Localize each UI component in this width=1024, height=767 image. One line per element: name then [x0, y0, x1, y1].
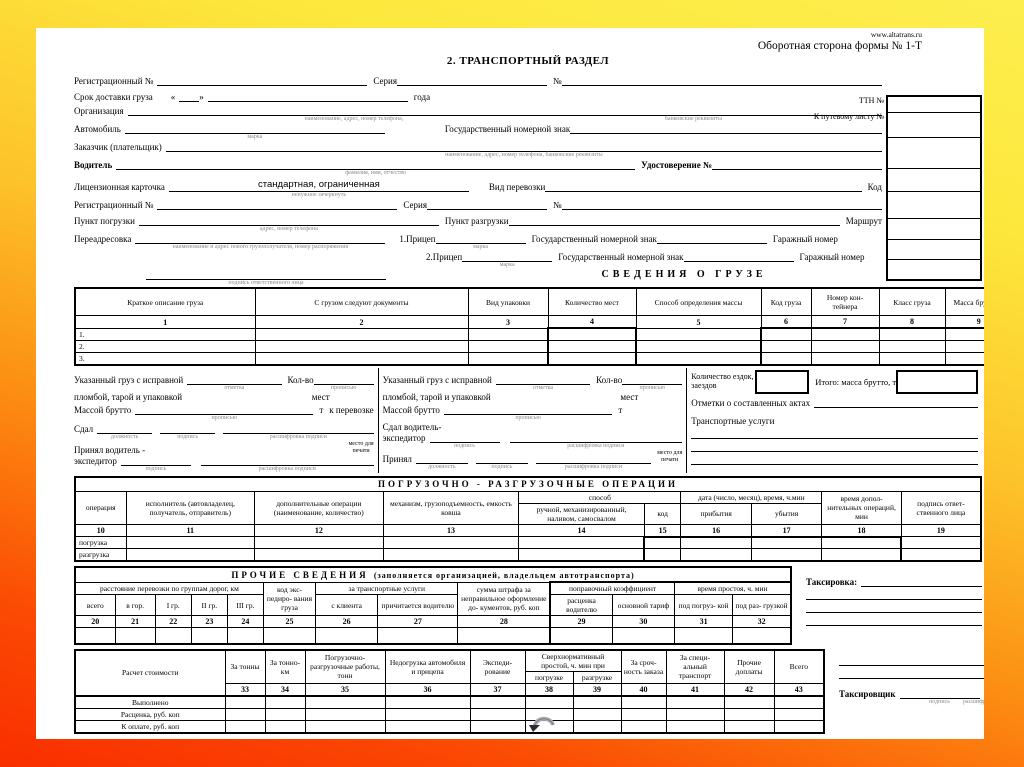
ops-num: 13 [383, 524, 519, 537]
month-line [208, 91, 408, 102]
cost-col-overtime: Сверхнормативный простой, ч. мин при [525, 650, 621, 672]
license-card-value: стандартная, ограниченная [169, 179, 469, 190]
reg-no-label: Регистрационный № [74, 76, 157, 86]
header-right: www.altatrans.ru Оборотная сторона формы… [74, 30, 982, 54]
site-url: www.altatrans.ru [74, 30, 922, 39]
cargo-num: 3 [468, 316, 548, 329]
name-hint: расшифровка подписи [259, 466, 316, 472]
cost-col-works: Погрузочно- разгрузочные работы, тонн [305, 650, 385, 684]
other-col-coef: поправочный коэффициент [550, 582, 674, 595]
organization-hint2: банковские реквизиты [665, 116, 722, 122]
other-col-tariff: основной тариф [612, 595, 674, 616]
total-gross-label: Итого: масса брутто, т [809, 377, 896, 387]
gave-label: Сдал водитель- [383, 422, 446, 432]
taxer-block: Таксировщик подпись расшифровка подписи [825, 649, 984, 706]
certificate-line [712, 159, 882, 170]
readdress-label: Переадресовка [74, 234, 135, 244]
back-arrow-button[interactable] [528, 710, 558, 734]
gross-mass-hint: прописью [515, 415, 541, 421]
gross-mass-hint: прописью [212, 415, 238, 421]
ops-col-method: способ [519, 491, 681, 503]
cost-col-tkm: За тонно-км [265, 650, 305, 684]
transport-type-label: Вид перевозки [469, 182, 545, 192]
ttn-box-cell [888, 191, 980, 218]
num-label: № [547, 76, 562, 86]
sign-hint: подпись [145, 466, 166, 472]
took-pos-line: должность [416, 453, 468, 464]
vehicle-label: Автомобиль [74, 124, 125, 134]
cost-num: 42 [724, 683, 774, 696]
form-page: www.altatrans.ru Оборотная сторона формы… [36, 28, 984, 739]
gave-pos-line: должность [97, 423, 152, 434]
driver-hint: фамилия, имя, отчество [345, 170, 406, 176]
taxing-line [806, 587, 982, 600]
other-col-services: за транспортные услуги [316, 582, 458, 595]
ops-col-operation: операция [75, 491, 126, 524]
driver-line: фамилия, имя, отчество [116, 159, 635, 170]
t-label: т [612, 405, 622, 415]
state-number2-line [657, 233, 767, 244]
cargo-table: Краткое описание груза С грузом следуют … [74, 287, 984, 366]
num-line [562, 75, 882, 86]
cargo-row-1: 1. [75, 328, 984, 340]
gave-name-line: расшифровка подписи [223, 423, 373, 434]
state-number3-line [684, 251, 794, 262]
qty-label: Кол-во [590, 375, 622, 385]
cargo-row-label: 3. [75, 352, 255, 365]
cost-num: 34 [265, 683, 305, 696]
cost-num: 43 [774, 683, 824, 696]
other-num: 28 [458, 616, 550, 628]
customer-line: наименование, адрес, номер телефона, бан… [166, 141, 882, 152]
cost-col-at-unload: разгрузке [573, 671, 621, 683]
gave-sign-line: подпись [160, 423, 215, 434]
other-num: 30 [612, 616, 674, 628]
other-col-load: под погруз- кой [675, 595, 733, 616]
other-col-code: код экс- педиро- вания груза [263, 582, 315, 616]
qty-line: прописью [622, 374, 682, 385]
cargo-num: 7 [811, 316, 879, 329]
took-label: Принял [383, 454, 416, 464]
cost-col-special: За специ- альный транспорт [666, 650, 724, 684]
certificate-label: Удостоверение № [635, 160, 712, 170]
ttn-box-cell [888, 168, 980, 191]
garage2-label: Гаражный номер [794, 252, 865, 262]
reg-no2-label: Регистрационный № [74, 200, 157, 210]
ops-col-datetime: дата (число, месяц), время, ч.мин [681, 491, 822, 503]
gave-label2: экспедитор [383, 433, 430, 443]
ttn-box [886, 95, 982, 281]
sealed-cargo-label2: пломбой, тарой и упаковкой [383, 392, 495, 402]
series-label: Серия [367, 76, 397, 86]
state-number-label: Государственный номерной знак [385, 124, 570, 134]
t-label: т [313, 405, 323, 415]
cargo-num: 8 [879, 316, 945, 329]
taxer-label: Таксировщик [839, 689, 900, 699]
organization-label: Организация [74, 106, 128, 116]
cargo-row-2: 2. [75, 340, 984, 352]
other-num: 20 [75, 616, 115, 628]
stamp-note-1: место для [349, 441, 374, 447]
customer-label: Заказчик (плательщик) [74, 142, 166, 152]
delivery-label: Срок доставки груза [74, 92, 157, 102]
cargo-col-packing: Вид упаковки [468, 288, 548, 316]
series2-line [427, 199, 547, 210]
rquote: » [199, 92, 208, 102]
qty-hint: прописью [639, 385, 665, 391]
cargo-col-gross-mass: Масса брутто, т [945, 288, 984, 316]
state-number3-label: Государственный номерной знак [552, 252, 683, 262]
taxer-extra-line [839, 653, 984, 666]
cargo-col-places: Количество мест [548, 288, 636, 316]
organization-line: наименование, адрес, номер телефона, бан… [128, 105, 882, 116]
loading-point-label: Пункт погрузки [74, 216, 139, 226]
taxer-sign-hint: подпись [929, 699, 950, 705]
loading-point-line: адрес, номер телефона [139, 215, 439, 226]
lquote: « [157, 92, 180, 102]
trailer1-line: марка [436, 233, 526, 244]
ops-row-label: погрузка [75, 537, 126, 549]
stamp-note-2: печати [353, 448, 370, 454]
stamp-note-2: печати [661, 457, 678, 463]
cargo-col-cargo-code: Код груза [761, 288, 811, 316]
cost-row-label: Выполнено [75, 696, 225, 709]
other-col-client: с клиента [316, 595, 378, 616]
readdress-hint: наименование и адрес нового грузополучат… [173, 244, 349, 250]
cost-table: Расчет стоимости За тонны За тонно-км По… [74, 649, 825, 734]
cost-col-extra: Прочие доплаты [724, 650, 774, 684]
cargo-num: 5 [636, 316, 761, 329]
ops-col-extra-time: время допол- нительных операций, мин [822, 491, 902, 524]
reg-no2-line [157, 199, 397, 210]
ops-col-additional: дополнительные операции (наименование, к… [255, 491, 384, 524]
cost-num: 35 [305, 683, 385, 696]
other-num: 32 [733, 616, 791, 628]
garage1-label: Гаражный номер [767, 234, 838, 244]
cost-num: 37 [470, 683, 525, 696]
ops-num: 14 [519, 524, 644, 537]
form-side-label: Оборотная сторона формы № 1-Т [74, 39, 922, 53]
services-line [691, 452, 978, 465]
taxing-line [861, 576, 982, 587]
took-name-line: расшифровка подписи [201, 455, 374, 466]
cost-num: 41 [666, 683, 724, 696]
organization-hint: наименование, адрес, номер телефона, [305, 116, 404, 122]
gross-mass-label: Массой брутто [383, 405, 444, 415]
top-form: ТТН № К путевому листу № Регистрационный… [74, 75, 982, 262]
code-label: Код [862, 182, 882, 192]
other-num: 24 [227, 616, 263, 628]
ops-num: 16 [681, 524, 751, 537]
state-number2-label: Государственный номерной знак [526, 234, 657, 244]
cargo-num: 6 [761, 316, 811, 329]
handover-section: Указанный груз с исправной отметка Кол-в… [74, 368, 982, 473]
cost-col-shortload: Недогрузка автомобиля и прицепа [385, 650, 470, 684]
responsible-sign-hint: подпись ответственного лица [228, 280, 303, 286]
series-line [397, 75, 547, 86]
ops-row-loading: погрузка [75, 537, 981, 549]
gross-mass-line: прописью [444, 404, 612, 415]
other-num: 29 [550, 616, 612, 628]
other-col-g3: III гр. [227, 595, 263, 616]
ttn-box-cell [888, 259, 980, 279]
stamp-note: место для печати [651, 450, 682, 464]
ops-num: 18 [822, 524, 902, 537]
unloading-point-line [509, 215, 840, 226]
sign-hint: подпись [177, 434, 198, 440]
ops-num: 19 [901, 524, 981, 537]
sealed-cargo-label: Указанный груз с исправной [383, 375, 496, 385]
cost-num: 39 [573, 683, 621, 696]
loading-ops-table: ПОГРУЗОЧНО - РАЗГРУЗОЧНЫЕ ОПЕРАЦИИ опера… [74, 476, 982, 563]
took-label: Принял водитель - [74, 445, 149, 455]
cost-col-calc: Расчет стоимости [75, 650, 225, 696]
took-sign-line: подпись [121, 455, 191, 466]
pos-hint: должность [428, 464, 456, 470]
year-label: года [408, 92, 430, 102]
trailer1-label: 1.Прицеп [385, 234, 435, 244]
cargo-col-class: Класс груза [879, 288, 945, 316]
ttn-box-cell [888, 112, 980, 137]
other-num: 26 [316, 616, 378, 628]
cost-col-tons: За тонны [225, 650, 265, 684]
license-card-hint: ненужное зачеркнуть [292, 192, 347, 198]
cost-num: 36 [385, 683, 470, 696]
loading-point-hint: адрес, номер телефона [260, 226, 318, 232]
qty-label: Кол-во [282, 375, 314, 385]
other-num: 21 [115, 616, 155, 628]
gave-label: Сдал [74, 424, 97, 434]
day-line [179, 91, 199, 102]
num2-line [562, 199, 882, 210]
state-number-line [570, 123, 882, 134]
gross-mass-line: прописью [135, 404, 313, 415]
stamp-note: место для печати [343, 441, 374, 455]
num2-label: № [547, 200, 562, 210]
cost-num: 40 [621, 683, 666, 696]
name-hint: расшифровка подписи [565, 464, 622, 470]
other-info-table: ПРОЧИЕ СВЕДЕНИЯ (заполняется организацие… [74, 566, 792, 645]
other-info-title-main: ПРОЧИЕ СВЕДЕНИЯ [231, 570, 368, 580]
vehicle-hint: марка [247, 134, 262, 140]
driver-label: Водитель [74, 160, 116, 170]
ops-num: 10 [75, 524, 126, 537]
ops-col-signature: подпись ответ- ственного лица [901, 491, 981, 524]
ops-row-label: разгрузка [75, 549, 126, 562]
sign-hint: подпись [491, 464, 512, 470]
trips-label: Количество ездок, заездов [691, 373, 755, 391]
unloading-point-label: Пункт разгрузки [439, 216, 509, 226]
ttn-box-cell [888, 137, 980, 168]
stamp-note-1: место для [657, 450, 682, 456]
other-col-idle: время простоя, ч. мин [675, 582, 792, 595]
cargo-row-3: 3. [75, 352, 984, 365]
ops-col-code: код [644, 503, 681, 524]
cost-num: 33 [225, 683, 265, 696]
cost-col-at-load: погрузке [525, 671, 573, 683]
mark-hint: отметка [533, 385, 553, 391]
other-num: 27 [378, 616, 458, 628]
handover-left: Указанный груз с исправной отметка Кол-в… [74, 368, 379, 473]
ops-row-unloading: разгрузка [75, 549, 981, 562]
transport-type-line [545, 181, 861, 192]
gave-name-line: расшифровка подписи [510, 432, 683, 443]
qty-hint: прописью [331, 385, 357, 391]
customer-hint: наименование, адрес, номер телефона, бан… [445, 152, 602, 158]
mark-line: отметка [496, 374, 590, 385]
qty-label2: мест [312, 392, 334, 402]
other-col-unload: под раз- грузкой [733, 595, 791, 616]
trailer2-line: марка [462, 251, 552, 262]
cargo-col-container: Номер кон- тейнера [811, 288, 879, 316]
services-label: Транспортные услуги [691, 416, 778, 426]
handover-right: Количество ездок, заездов Итого: масса б… [687, 368, 982, 473]
cargo-col-description: Краткое описание груза [75, 288, 255, 316]
services-line [691, 439, 978, 452]
license-card-line: стандартная, ограниченная ненужное зачер… [169, 178, 469, 192]
other-col-rate: расценка водителю [550, 595, 612, 616]
cost-col-urgency: За сроч- ность заказа [621, 650, 666, 684]
ops-col-method-kinds: ручной, механизированный, наливом, самос… [519, 503, 644, 524]
ops-num: 12 [255, 524, 384, 537]
taxing-block: Таксировка: [792, 566, 982, 626]
other-info-title: ПРОЧИЕ СВЕДЕНИЯ (заполняется организацие… [75, 567, 791, 582]
trailer2-hint: марка [500, 262, 515, 268]
pos-hint: должность [111, 434, 139, 440]
taxer-extra-line [839, 666, 984, 679]
transit-label: к перевозке [323, 405, 373, 415]
other-info-title-sub: (заполняется организацией, владельцем ав… [374, 571, 635, 580]
cost-row-label: К оплате, руб. коп [75, 720, 225, 733]
cargo-col-mass-method: Способ определения массы [636, 288, 761, 316]
loading-ops-title: ПОГРУЗОЧНО - РАЗГРУЗОЧНЫЕ ОПЕРАЦИИ [75, 477, 981, 492]
cargo-col-documents: С грузом следуют документы [255, 288, 468, 316]
ops-num: 15 [644, 524, 681, 537]
taxing-line [806, 613, 982, 626]
taxer-name-hint: расшифровка подписи [963, 699, 984, 705]
taxing-line [806, 600, 982, 613]
cost-col-total: Всего [774, 650, 824, 684]
acts-line [814, 397, 978, 408]
other-data-row [75, 628, 791, 644]
mark-hint: отметка [224, 385, 244, 391]
cost-col-forwarding: Экспеди- рование [470, 650, 525, 684]
other-num: 25 [263, 616, 315, 628]
took-name-line: расшифровка подписи [536, 453, 651, 464]
mark-line: отметка [187, 374, 281, 385]
ops-col-mechanism: механизм, грузоподъемность, емкость ковш… [383, 491, 519, 524]
cost-num: 38 [525, 683, 573, 696]
ttn-box-cell [888, 218, 980, 239]
cost-row-rate: Расценка, руб. коп [75, 708, 824, 720]
back-arrow-icon[interactable] [528, 710, 558, 732]
other-col-g1: I гр. [155, 595, 191, 616]
took-label2: экспедитор [74, 456, 121, 466]
ops-num: 17 [751, 524, 821, 537]
sign-hint: подпись [454, 443, 475, 449]
other-num: 22 [155, 616, 191, 628]
other-num: 23 [191, 616, 227, 628]
readdress-line: наименование и адрес нового грузополучат… [135, 233, 385, 244]
other-col-city: в гор. [115, 595, 155, 616]
cargo-num: 1 [75, 316, 255, 329]
ttn-box-cell [888, 97, 980, 112]
vehicle-line: марка [125, 123, 385, 134]
ops-num: 11 [126, 524, 255, 537]
cargo-num: 9 [945, 316, 984, 329]
reg-no-line [157, 75, 367, 86]
taxing-label: Таксировка: [806, 577, 861, 587]
name-hint: расшифровка подписи [270, 434, 327, 440]
name-hint: расшифровка подписи [567, 443, 624, 449]
cost-row-done: Выполнено [75, 696, 824, 709]
handover-middle: Указанный груз с исправной отметка Кол-в… [379, 368, 688, 473]
qty-line: прописью [314, 374, 374, 385]
trailer2-label: 2.Прицеп [420, 252, 462, 262]
page-title: 2. ТРАНСПОРТНЫЙ РАЗДЕЛ [74, 55, 982, 67]
acts-label: Отметки о составленных актах [691, 398, 814, 408]
route-label: Маршрут [840, 216, 882, 226]
cargo-row-label: 2. [75, 340, 255, 352]
ops-col-executor: исполнитель (автовладелец, получатель, о… [126, 491, 255, 524]
gross-mass-label: Массой брутто [74, 405, 135, 415]
responsible-sign-line: подпись ответственного лица [146, 269, 386, 280]
sealed-cargo-label2: пломбой, тарой и упаковкой [74, 392, 186, 402]
ops-col-departure: убытия [751, 503, 821, 524]
took-sign-line: подпись [476, 453, 528, 464]
services-line [691, 426, 978, 439]
cargo-num: 4 [548, 316, 636, 329]
other-col-penalty: сумма штрафа за неправильное оформление … [458, 582, 550, 616]
other-col-total: всего [75, 595, 115, 616]
total-gross-box [896, 370, 978, 394]
cost-row-label: Расценка, руб. коп [75, 708, 225, 720]
cargo-row-label: 1. [75, 328, 255, 340]
ops-col-arrival: прибытия [681, 503, 751, 524]
other-col-driver-due: причитается водителю [378, 595, 458, 616]
license-card-label: Лицензионная карточка [74, 182, 169, 192]
other-num: 31 [675, 616, 733, 628]
trailer1-hint: марка [473, 244, 488, 250]
slide-background: www.altatrans.ru Оборотная сторона формы… [0, 0, 1024, 767]
other-col-distance: расстояние перевозки по группам дорог, к… [75, 582, 263, 595]
cost-row-pay: К оплате, руб. коп [75, 720, 824, 733]
gave-sign-line: подпись [430, 432, 500, 443]
taxer-sign-line: подпись [900, 688, 980, 699]
trips-box [755, 370, 809, 394]
ttn-box-cell [888, 239, 980, 259]
qty-label2: мест [620, 392, 642, 402]
sealed-cargo-label: Указанный груз с исправной [74, 375, 187, 385]
series2-label: Серия [397, 200, 427, 210]
cargo-num: 2 [255, 316, 468, 329]
other-col-g2: II гр. [191, 595, 227, 616]
